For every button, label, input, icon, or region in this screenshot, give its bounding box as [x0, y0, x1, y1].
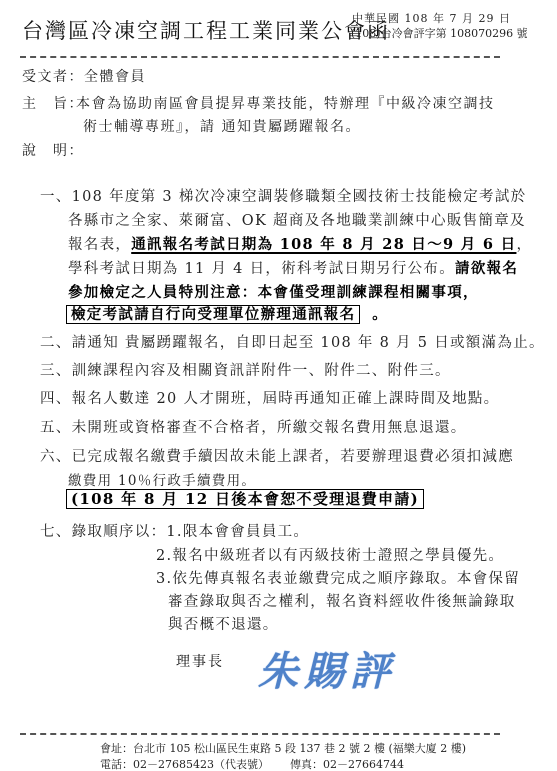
item-six-line2: 繳費用 10％行政手續費用。	[68, 469, 256, 489]
chairman-signature-stamp: 朱賜評	[258, 640, 396, 697]
item-seven-line3: 3.依先傳真報名表並繳費完成之順序錄取。本會保留	[156, 567, 520, 588]
item-four: 四、報名人數達 20 人才開班，屆時再通知正確上課時間及地點。	[40, 387, 499, 408]
item-two: 二、請通知 貴屬踴躍報名，自即日起至 108 年 8 月 5 日或額滿為止。	[40, 331, 545, 352]
boxed-exam-notice: 檢定考試請自行向受理單位辦理通訊報名	[66, 305, 360, 324]
item-one-line4-text: 學科考試日期為 11 月 4 日，術科考試日期另行公布。	[68, 261, 455, 277]
document-number: (108)台冷會評字第 108070296 號	[351, 25, 528, 41]
item-five: 五、未開班或資格審查不合格者，所繳交報名費用無息退還。	[40, 416, 467, 437]
item-one-line4-bold: 請欲報名	[455, 260, 518, 277]
item-seven-line4: 審查錄取與否之權利，報名資料經收件後無論錄取	[168, 590, 516, 611]
item-seven-line1: 七、錄取順序以：1.限本會會員員工。	[40, 520, 309, 541]
item-one-line3-end: ，	[516, 237, 532, 253]
boxed-refund-notice: (108 年 8 月 12 日後本會恕不受理退費申請)	[66, 489, 424, 509]
item-three: 三、訓練課程內容及相關資訊詳附件一、附件二、附件三。	[40, 359, 451, 380]
item-one-line5-notice: 參加檢定之人員特別注意：本會僅受理訓練課程相關事項，	[68, 281, 479, 302]
item-one-line2: 各縣市之全家、萊爾富、OK 超商及各地職業訓練中心販售簡章及	[68, 209, 526, 230]
explanation-label: 說 明：	[22, 140, 84, 160]
header-divider	[20, 56, 500, 58]
item-one-line4: 學科考試日期為 11 月 4 日，術科考試日期另行公布。請欲報名	[68, 257, 518, 278]
footer-address: 會址：台北市 105 松山區民生東路 5 段 137 巷 2 號 2 樓 (福樂…	[100, 740, 466, 756]
subject-label: 主 旨：	[22, 93, 84, 113]
item-six-line3: (108 年 8 月 12 日後本會恕不受理退費申請)	[66, 488, 424, 509]
registration-date-highlight: 通訊報名考試日期為 108 年 8 月 28 日～9 月 6 日	[131, 236, 516, 253]
item-seven-line5: 與否概不退還。	[168, 613, 279, 634]
item-one-line1: 一、108 年度第 3 梯次冷凍空調裝修職類全國技術士技能檢定考試於	[40, 185, 526, 206]
footer-phone: 電話：02－27685423（代表號）	[100, 756, 269, 771]
item-six-line1: 六、已完成報名繳費手續因故未能上課者，若要辦理退費必須扣減應	[40, 445, 514, 466]
item-one-line6: 檢定考試請自行向受理單位辦理通訊報名 。	[66, 303, 388, 324]
item-one-line6-end: 。	[372, 306, 388, 323]
document-date: 中華民國 108 年 7 月 29 日	[352, 10, 511, 26]
footer-fax: 傳真：02－27664744	[290, 756, 404, 771]
item-one-line3: 報名表，通訊報名考試日期為 108 年 8 月 28 日～9 月 6 日，	[68, 233, 532, 254]
recipient: 受文者：全體會員	[22, 66, 146, 86]
subject-text-line2: 術士輔導專班』，請 通知貴屬踴躍報名。	[83, 116, 361, 136]
item-one-line3-text: 報名表，	[68, 237, 131, 253]
organization-title: 台灣區冷凍空調工程工業同業公會函	[22, 15, 390, 45]
subject-text-line1: 本會為協助南區會員提昇專業技能，特辦理『中級冷凍空調技	[76, 93, 495, 113]
item-seven-line2: 2.報名中級班者以有丙級技術士證照之學員優先。	[156, 544, 504, 565]
chairman-title: 理事長	[176, 651, 224, 671]
footer-divider	[20, 733, 500, 735]
